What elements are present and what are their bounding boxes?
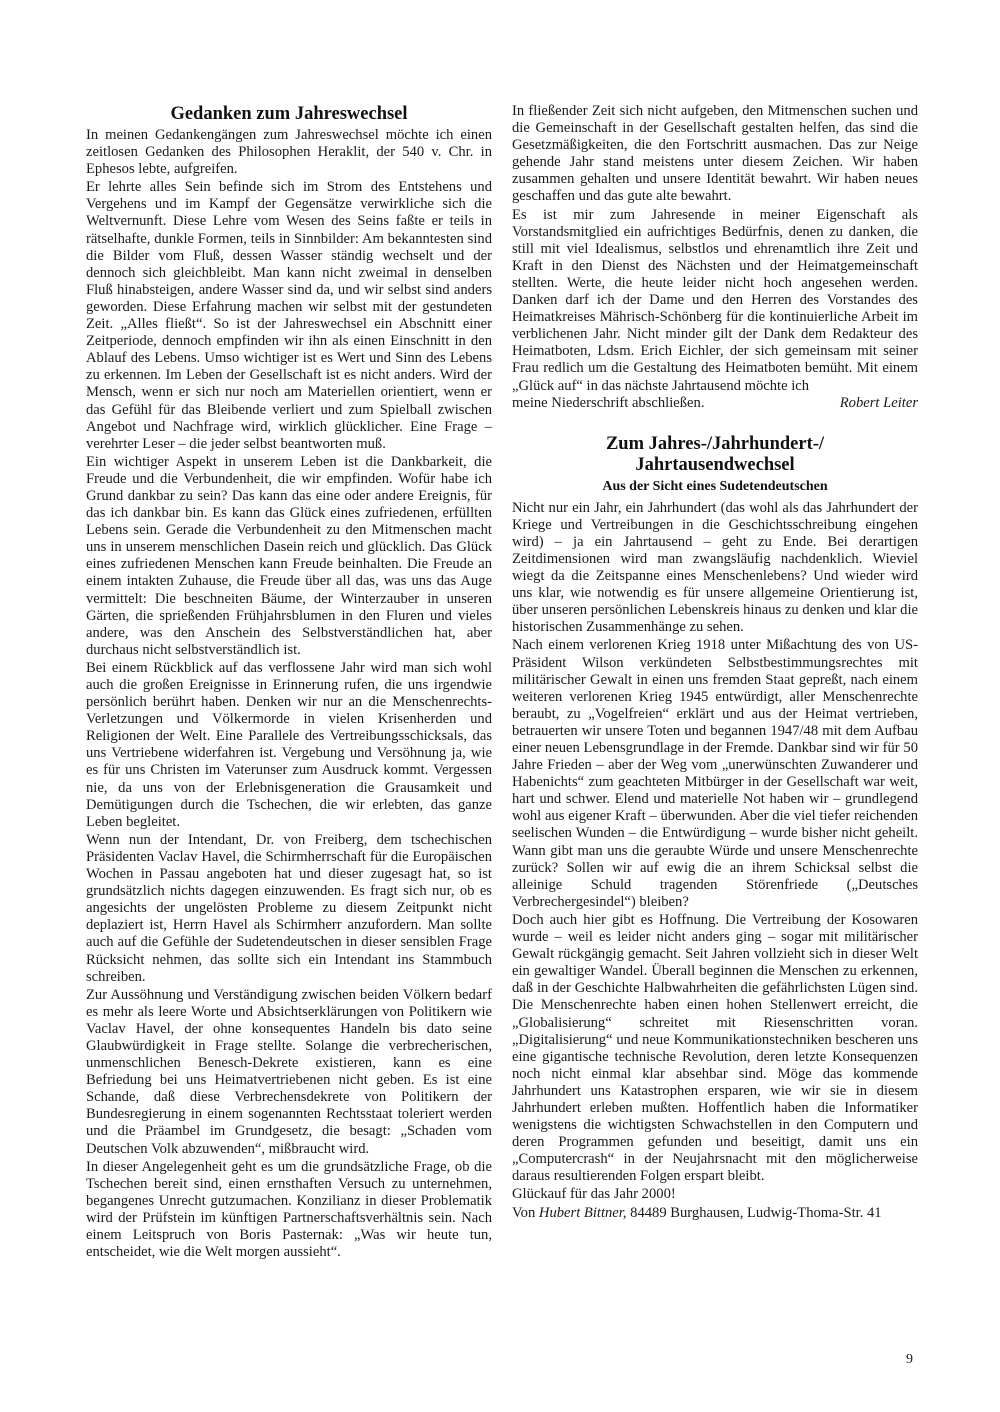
- article2-paragraph: Nicht nur ein Jahr, ein Jahrhundert (das…: [512, 500, 918, 637]
- article2-title-line2: Jahrtausendwechsel: [512, 455, 918, 476]
- page-number: 9: [906, 1352, 913, 1368]
- article1-title: Gedanken zum Jahreswechsel: [86, 104, 492, 124]
- article2-paragraph: Nach einem verlorenen Krieg 1918 unter M…: [512, 637, 918, 911]
- article2-subtitle: Aus der Sicht eines Sudetendeutschen: [512, 478, 918, 496]
- article1-closing-text: meine Niederschrift abschließen.: [512, 395, 704, 412]
- column-left: Gedanken zum Jahreswechsel In meinen Ged…: [86, 104, 492, 1262]
- byline-author: Hubert Bittner,: [539, 1205, 627, 1221]
- article2-paragraph: Glückauf für das Jahr 2000!: [512, 1186, 918, 1203]
- article1-paragraph: Bei einem Rückblick auf das verflossene …: [86, 660, 492, 831]
- article1-paragraph: In meinen Gedankengängen zum Jahreswechs…: [86, 127, 492, 178]
- article2-title-line1: Zum Jahres-/Jahrhundert-/: [512, 434, 918, 455]
- byline-address: 84489 Burghausen, Ludwig-Thoma-Str. 41: [630, 1205, 881, 1221]
- byline-prefix: Von: [512, 1205, 535, 1221]
- article2-paragraph: Doch auch hier gibt es Hoffnung. Die Ver…: [512, 912, 918, 1186]
- article1-paragraph: Ein wichtiger Aspekt in unserem Leben is…: [86, 454, 492, 659]
- article1-paragraph: Zur Aussöhnung und Verständigung zwische…: [86, 987, 492, 1158]
- article1-paragraph: Wenn nun der Intendant, Dr. von Freiberg…: [86, 832, 492, 986]
- article1-paragraph: In fließender Zeit sich nicht aufgeben, …: [512, 103, 918, 206]
- article1-paragraph: Es ist mir zum Jahresende in meiner Eige…: [512, 207, 918, 395]
- column-right: In fließender Zeit sich nicht aufgeben, …: [512, 103, 918, 1223]
- article1-paragraph: In dieser Angelegenheit geht es um die g…: [86, 1159, 492, 1262]
- article1-closing: meine Niederschrift abschließen. Robert …: [512, 395, 918, 412]
- article1-paragraph: Er lehrte alles Sein befinde sich im Str…: [86, 179, 492, 453]
- article2-byline: Von Hubert Bittner, 84489 Burghausen, Lu…: [512, 1205, 918, 1222]
- article1-author: Robert Leiter: [840, 395, 918, 412]
